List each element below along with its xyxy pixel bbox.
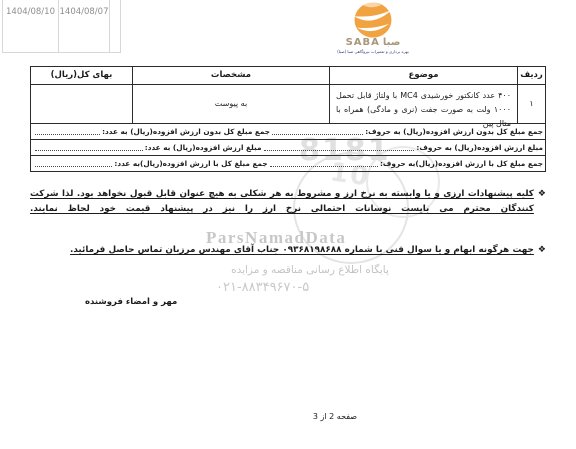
dotted-leader [270, 166, 378, 167]
dotted-leader [35, 166, 112, 167]
note-text: کلیه پیشنهادات ارزی و یا وابسته به نرخ ا… [30, 187, 534, 217]
column-header-specs: مشخصات [132, 67, 329, 84]
total-without-vat-row: جمع مبلغ کل بدون ارزش افزوده(ریال) به حر… [31, 123, 545, 139]
amount-words-label: مبلغ ارزش افزوده(ریال) به حروف: [416, 143, 543, 152]
empty-cell [109, 0, 120, 52]
note-text: جهت هرگونه ابهام و یا سوال فنی با شماره … [70, 243, 534, 258]
watermark-phone-number: ۰۲۱-۸۸۳۴۹۶۷۰-۵ [216, 280, 309, 295]
saba-globe-icon [352, 2, 394, 38]
saba-logo-caption: بهره برداری و تعمیرات نیروگاهی صبا (صبا) [330, 49, 416, 54]
dotted-leader [35, 150, 143, 151]
amount-words-label: جمع مبلغ کل با ارزش افزوده(ریال)به حروف: [380, 159, 543, 168]
watermark-persian-text: پایگاه اطلاع رسانی مناقصه و مزایده [214, 264, 406, 276]
amount-digits-label: مبلغ ارزش افزوده(ریال) به عدد: [145, 143, 262, 152]
table-header-row: ردیف موضوع مشخصات بهای کل(ریال) [31, 67, 545, 84]
item-total-price [31, 85, 132, 123]
column-header-subject: موضوع [329, 67, 517, 84]
item-row-number: ۱ [517, 85, 545, 123]
dotted-leader [272, 134, 363, 135]
date-cell: 1404/08/07 [58, 0, 109, 52]
amount-digits-label: جمع مبلغ کل بدون ارزش افزوده(ریال) به عد… [102, 127, 270, 136]
dotted-leader [35, 134, 100, 135]
notes-section: ❖ کلیه پیشنهادات ارزی و یا وابسته به نرخ… [30, 187, 546, 258]
page-number: صفحه 2 از 3 [300, 412, 370, 421]
saba-wordmark-latin: SABA [346, 37, 380, 48]
saba-wordmark-persian: صبا [383, 37, 401, 48]
total-with-vat-row: جمع مبلغ کل با ارزش افزوده(ریال)به حروف:… [31, 155, 545, 171]
inquiry-table: ردیف موضوع مشخصات بهای کل(ریال) ۱ ۴۰۰ عد… [30, 66, 546, 172]
item-subject: ۴۰۰ عدد کانکتور خورشیدی MC4 با ولتاژ قاب… [329, 85, 517, 123]
saba-wordmark: SABA صبا [330, 37, 416, 48]
vat-amount-row: مبلغ ارزش افزوده(ریال) به حروف: مبلغ ارز… [31, 139, 545, 155]
column-header-total-price: بهای کل(ریال) [31, 67, 132, 84]
header-dates-table: 1404/08/10 1404/08/07 [2, 0, 121, 53]
diamond-bullet-icon: ❖ [538, 243, 546, 258]
date-cell: 1404/08/10 [3, 0, 58, 52]
table-row: ۱ ۴۰۰ عدد کانکتور خورشیدی MC4 با ولتاژ ق… [31, 84, 545, 123]
saba-logo: SABA صبا بهره برداری و تعمیرات نیروگاهی … [330, 2, 416, 54]
diamond-bullet-icon: ❖ [538, 187, 546, 217]
dotted-leader [264, 150, 415, 151]
technical-contact-note: ❖ جهت هرگونه ابهام و یا سوال فنی با شمار… [30, 243, 546, 258]
amount-words-label: جمع مبلغ کل بدون ارزش افزوده(ریال) به حر… [365, 127, 543, 136]
currency-condition-note: ❖ کلیه پیشنهادات ارزی و یا وابسته به نرخ… [30, 187, 546, 217]
column-header-radif: ردیف [517, 67, 545, 84]
seller-signature-label: مهر و امضاء فروشنده [85, 297, 177, 307]
item-specs: به پیوست [132, 85, 329, 123]
amount-digits-label: جمع مبلغ کل با ارزش افزوده(ریال)به عدد: [114, 159, 267, 168]
